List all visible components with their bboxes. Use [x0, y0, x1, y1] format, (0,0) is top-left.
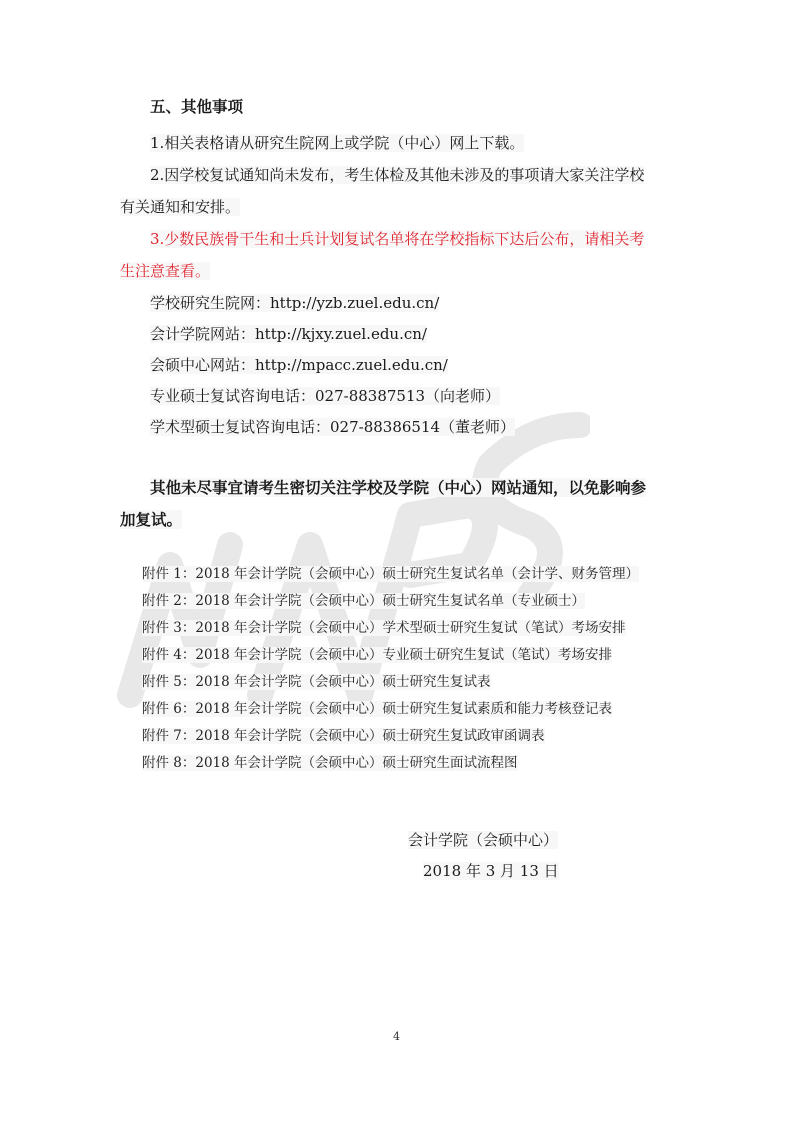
attachment-8: 附件 8：2018 年会计学院（会硕中心）硕士研究生面试流程图: [142, 753, 518, 773]
url-text[interactable]: http://mpacc.zuel.edu.cn/: [255, 356, 448, 374]
attachment-6: 附件 6：2018 年会计学院（会硕中心）硕士研究生复试素质和能力考核登记表: [142, 699, 612, 719]
url-text[interactable]: http://kjxy.zuel.edu.cn/: [255, 325, 427, 343]
link-graduate-school: 学校研究生院网：http://yzb.zuel.edu.cn/: [150, 293, 439, 313]
signature-date: 2018 年 3 月 13 日: [423, 861, 559, 881]
attachment-3: 附件 3：2018 年会计学院（会硕中心）学术型硕士研究生复试（笔试）考场安排: [142, 618, 626, 638]
page-number: 4: [393, 1027, 400, 1047]
item-3-line-1: 3.少数民族骨干生和士兵计划复试名单将在学校指标下达后公布，请相关考: [150, 229, 644, 249]
item-2-line-1: 2.因学校复试通知尚未发布，考生体检及其他未涉及的事项请大家关注学校: [150, 165, 644, 185]
item-3-line-2: 生注意查看。: [120, 261, 210, 281]
section-heading: 五、其他事项: [150, 97, 243, 117]
notice-line-1: 其他未尽事宜请考生密切关注学校及学院（中心）网站通知，以免影响参: [150, 478, 646, 498]
document-page: 五、其他事项 1.相关表格请从研究生院网上或学院（中心）网上下载。 2.因学校复…: [0, 0, 793, 1122]
attachment-2: 附件 2：2018 年会计学院（会硕中心）硕士研究生复试名单（专业硕士）: [142, 591, 585, 611]
item-2-line-2: 有关通知和安排。: [120, 197, 240, 217]
notice-line-2: 加复试。: [120, 510, 182, 530]
attachment-7: 附件 7：2018 年会计学院（会硕中心）硕士研究生复试政审函调表: [142, 726, 545, 746]
signature-org: 会计学院（会硕中心）: [408, 830, 558, 850]
link-accounting-school: 会计学院网站：http://kjxy.zuel.edu.cn/: [150, 324, 427, 344]
link-mpacc-center: 会硕中心网站：http://mpacc.zuel.edu.cn/: [150, 355, 448, 375]
item-1: 1.相关表格请从研究生院网上或学院（中心）网上下载。: [150, 133, 524, 153]
phone-professional: 专业硕士复试咨询电话：027-88387513（向老师）: [150, 386, 500, 406]
attachment-5: 附件 5：2018 年会计学院（会硕中心）硕士研究生复试表: [142, 672, 491, 692]
attachment-1: 附件 1：2018 年会计学院（会硕中心）硕士研究生复试名单（会计学、财务管理）: [142, 564, 639, 584]
url-text[interactable]: http://yzb.zuel.edu.cn/: [270, 294, 439, 312]
attachment-4: 附件 4：2018 年会计学院（会硕中心）专业硕士研究生复试（笔试）考场安排: [142, 645, 612, 665]
phone-academic: 学术型硕士复试咨询电话：027-88386514（董老师）: [150, 417, 515, 437]
